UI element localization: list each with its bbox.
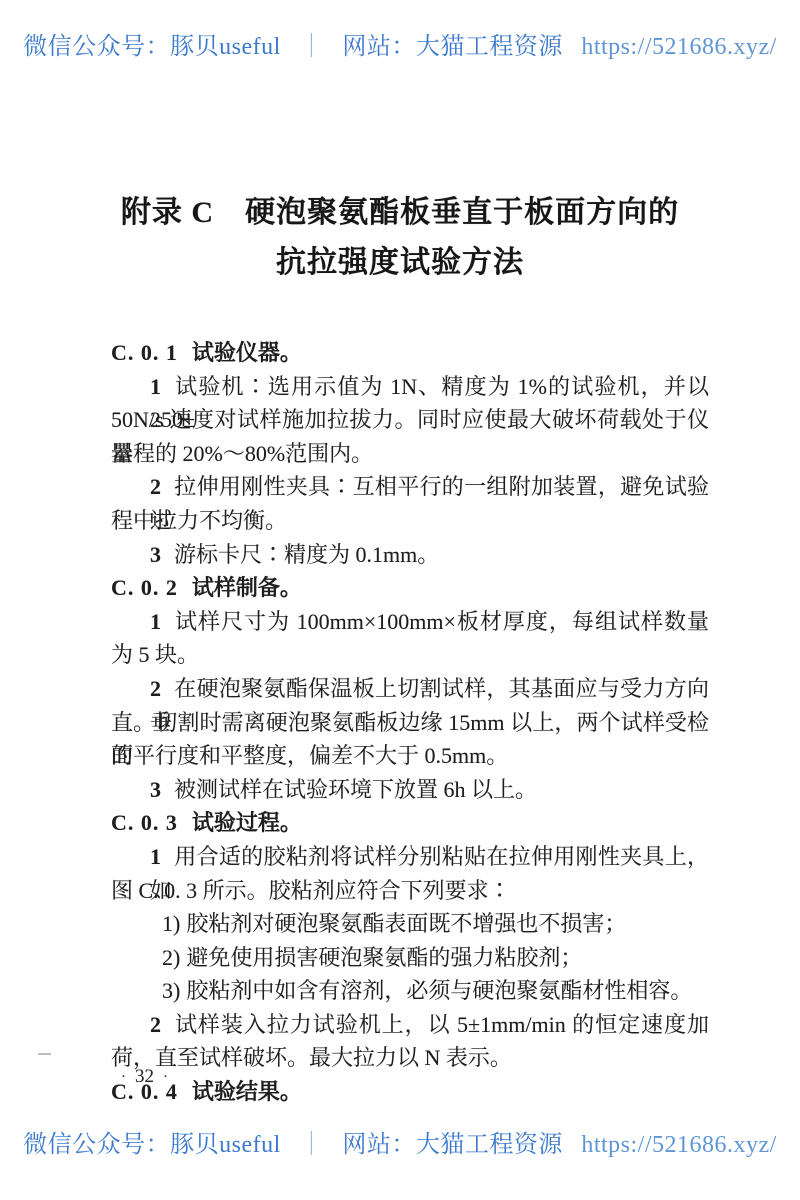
appendix-title-line2: 抗拉强度试验方法 bbox=[0, 238, 800, 288]
line-text: 试验结果。 bbox=[192, 1079, 302, 1104]
line-text: 的平行度和平整度，偏差不大于 0.5mm。 bbox=[111, 743, 508, 768]
line-prefix: 3 bbox=[150, 777, 161, 802]
text-line: C. 0. 3试验过程。 bbox=[111, 806, 709, 840]
text-line: 1)胶粘剂对硬泡聚氨酯表面既不增强也不损害； bbox=[111, 907, 709, 941]
text-line: 1试样尺寸为 100mm×100mm×板材厚度，每组试样数量 bbox=[111, 605, 709, 639]
text-line: C. 0. 2试样制备。 bbox=[111, 571, 709, 605]
line-text: 量程的 20%～80%范围内。 bbox=[111, 441, 373, 466]
text-line: 为 5 块。 bbox=[111, 638, 709, 672]
line-text: 试样装入拉力试验机上，以 5±1mm/min 的恒定速度加 bbox=[174, 1012, 709, 1037]
watermark-separator: ｜ bbox=[299, 34, 324, 60]
document-page: 微信公众号：豚贝useful ｜ 网站：大猫工程资源 https://52168… bbox=[0, 0, 800, 1200]
page-number-value: 32 bbox=[135, 1066, 154, 1087]
line-prefix: 2 bbox=[150, 676, 161, 701]
line-prefix: C. 0. 2 bbox=[111, 575, 178, 600]
line-prefix: 1 bbox=[150, 844, 161, 869]
line-text: 图 C. 0. 3 所示。胶粘剂应符合下列要求∶ bbox=[111, 878, 511, 903]
text-line: 50N/s 速度对试样施加拉拔力。同时应使最大破坏荷载处于仪器 bbox=[111, 403, 709, 437]
watermark-account-text: 微信公众号：豚贝useful bbox=[23, 1132, 281, 1158]
line-prefix: 1 bbox=[150, 374, 161, 399]
text-line: 2试样装入拉力试验机上，以 5±1mm/min 的恒定速度加 bbox=[111, 1008, 709, 1042]
text-line: 荷，直至试样破坏。最大拉力以 N 表示。 bbox=[111, 1041, 709, 1075]
text-line: 3游标卡尺∶精度为 0.1mm。 bbox=[111, 538, 709, 572]
line-prefix: 3 bbox=[150, 542, 161, 567]
watermark-account-text: 微信公众号：豚贝useful bbox=[23, 34, 281, 60]
line-prefix: 3) bbox=[162, 978, 180, 1003]
line-prefix: 2) bbox=[162, 945, 180, 970]
page-number-right-dot: · bbox=[163, 1069, 168, 1085]
scan-artifact-dash bbox=[38, 1053, 51, 1055]
text-line: 1用合适的胶粘剂将试样分别粘贴在拉伸用刚性夹具上，如 bbox=[111, 840, 709, 874]
line-text: 程中拉力不均衡。 bbox=[111, 508, 287, 533]
line-text: 试验过程。 bbox=[192, 810, 302, 835]
text-line: 3)胶粘剂中如含有溶剂，必须与硬泡聚氨酯材性相容。 bbox=[111, 974, 709, 1008]
page-number-left-dot: · bbox=[121, 1069, 126, 1085]
line-prefix: 2 bbox=[150, 1012, 161, 1037]
line-text: 为 5 块。 bbox=[111, 642, 199, 667]
page-number: ·32· bbox=[112, 1066, 177, 1088]
line-prefix: 2 bbox=[150, 474, 161, 499]
line-text: 被测试样在试验环境下放置 6h 以上。 bbox=[174, 777, 537, 802]
body-text: C. 0. 1试验仪器。1试验机∶选用示值为 1N、精度为 1%的试验机，并以 … bbox=[111, 336, 709, 1109]
text-line: 的平行度和平整度，偏差不大于 0.5mm。 bbox=[111, 739, 709, 773]
text-line: C. 0. 1试验仪器。 bbox=[111, 336, 709, 370]
line-text: 避免使用损害硬泡聚氨酯的强力粘胶剂； bbox=[186, 945, 582, 970]
line-prefix: C. 0. 3 bbox=[111, 810, 178, 835]
text-line: 2在硬泡聚氨酯保温板上切割试样，其基面应与受力方向垂 bbox=[111, 672, 709, 706]
text-line: 3被测试样在试验环境下放置 6h 以上。 bbox=[111, 773, 709, 807]
text-line: C. 0. 4试验结果。 bbox=[111, 1075, 709, 1109]
text-line: 2拉伸用刚性夹具∶互相平行的一组附加装置，避免试验过 bbox=[111, 470, 709, 504]
text-line: 2)避免使用损害硬泡聚氨酯的强力粘胶剂； bbox=[111, 941, 709, 975]
watermark-url: https://521686.xyz/ bbox=[581, 1132, 777, 1158]
watermark-site-text: 网站：大猫工程资源 bbox=[342, 1132, 563, 1158]
watermark-top: 微信公众号：豚贝useful ｜ 网站：大猫工程资源 https://52168… bbox=[0, 26, 800, 61]
line-prefix: C. 0. 1 bbox=[111, 340, 178, 365]
line-text: 试验仪器。 bbox=[192, 340, 302, 365]
watermark-url: https://521686.xyz/ bbox=[581, 34, 777, 60]
watermark-separator: ｜ bbox=[299, 1132, 324, 1158]
appendix-title-line1: 附录 C 硬泡聚氨酯板垂直于板面方向的 bbox=[0, 188, 800, 238]
line-text: 试样尺寸为 100mm×100mm×板材厚度，每组试样数量 bbox=[174, 609, 709, 634]
appendix-title: 附录 C 硬泡聚氨酯板垂直于板面方向的 抗拉强度试验方法 bbox=[0, 188, 800, 288]
watermark-bottom: 微信公众号：豚贝useful ｜ 网站：大猫工程资源 https://52168… bbox=[0, 1124, 800, 1159]
line-text: 试样制备。 bbox=[192, 575, 302, 600]
line-text: 胶粘剂中如含有溶剂，必须与硬泡聚氨酯材性相容。 bbox=[186, 978, 692, 1003]
text-line: 1试验机∶选用示值为 1N、精度为 1%的试验机，并以 250± bbox=[111, 370, 709, 404]
line-text: 胶粘剂对硬泡聚氨酯表面既不增强也不损害； bbox=[186, 911, 626, 936]
watermark-site-text: 网站：大猫工程资源 bbox=[342, 34, 563, 60]
text-line: 直。切割时需离硬泡聚氨酯板边缘 15mm 以上，两个试样受检面 bbox=[111, 706, 709, 740]
text-line: 图 C. 0. 3 所示。胶粘剂应符合下列要求∶ bbox=[111, 874, 709, 908]
line-prefix: 1 bbox=[150, 609, 161, 634]
line-text: 游标卡尺∶精度为 0.1mm。 bbox=[174, 542, 439, 567]
text-line: 程中拉力不均衡。 bbox=[111, 504, 709, 538]
line-prefix: 1) bbox=[162, 911, 180, 936]
text-line: 量程的 20%～80%范围内。 bbox=[111, 437, 709, 471]
